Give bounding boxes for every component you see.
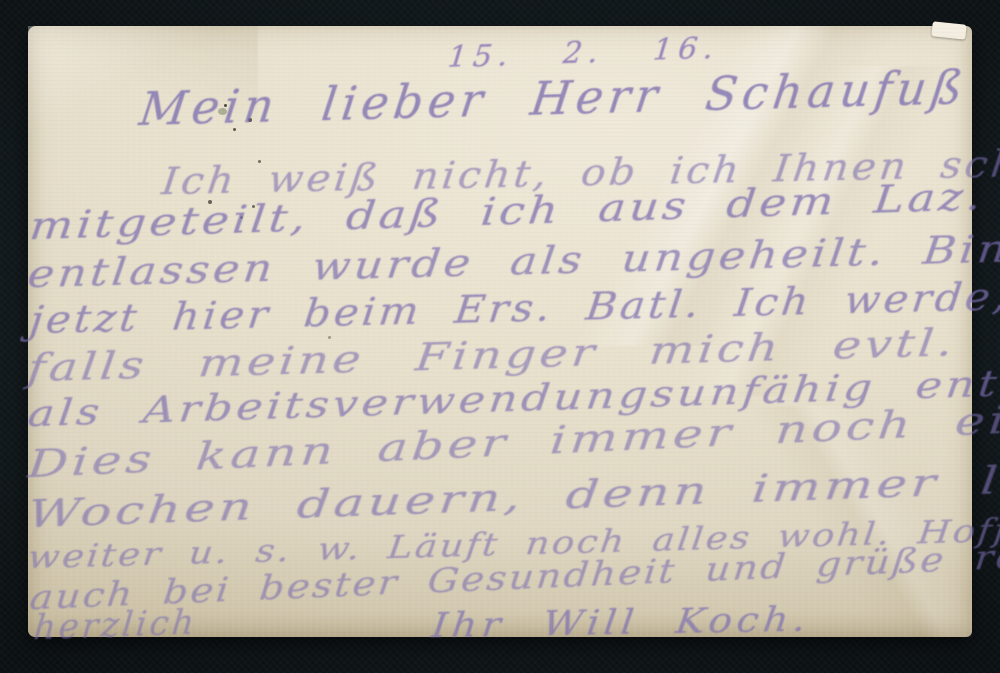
postcard: 15. 2. 16. Mein lieber Herr Schaufuß ! I… — [28, 26, 972, 637]
photo-backdrop: 15. 2. 16. Mein lieber Herr Schaufuß ! I… — [0, 0, 1000, 673]
bent-corner — [931, 21, 966, 39]
salutation: Mein lieber Herr Schaufuß ! — [136, 58, 1000, 136]
closing-word: herzlich — [32, 602, 199, 648]
signature: Ihr Will Koch. — [430, 599, 813, 646]
